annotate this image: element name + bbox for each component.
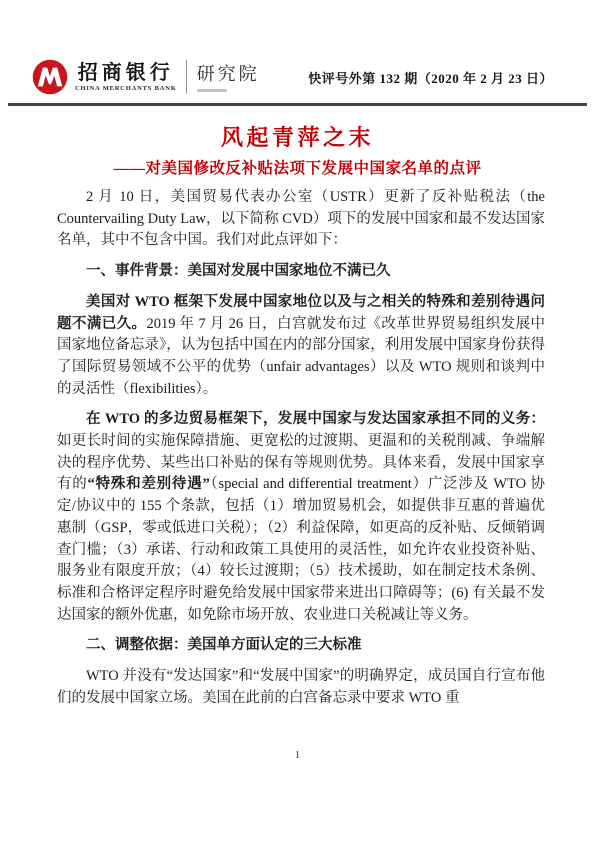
report-title: 风起青萍之末 — [0, 121, 595, 152]
brand-name-cn: 招商银行 — [78, 62, 174, 84]
paragraph-text-bold: “特殊和差别待遇” — [88, 476, 210, 492]
section-heading-2: 二、调整依据：美国单方面认定的三大标准 — [57, 635, 545, 657]
paragraph-text: （special and differential treatment）广泛涉及… — [57, 476, 545, 622]
institute-name: 研究院 — [197, 63, 260, 85]
paragraph-background: 美国对 WTO 框架下发展中国家地位以及与之相关的特殊和差别待遇问题不满已久。2… — [57, 292, 545, 401]
page-number: 1 — [0, 750, 595, 761]
cmb-brand: 招商银行 CHINA MERCHANTS BANK 研究院 — [32, 59, 260, 95]
paragraph-text: WTO 并没有“发达国家”和“发展中国家”的明确界定，成员国自行宣布他们的发展中… — [57, 668, 545, 706]
institute-block: 研究院 — [197, 63, 260, 92]
header-rule — [8, 103, 587, 106]
issue-info: 快评号外第 132 期（2020 年 2 月 23 日） — [308, 68, 563, 87]
paragraph-intro: 2 月 10 日，美国贸易代表办公室（USTR）更新了反补贴税法（the Cou… — [57, 187, 545, 252]
paragraph-criteria: WTO 并没有“发达国家”和“发展中国家”的明确界定，成员国自行宣布他们的发展中… — [57, 666, 545, 709]
section-heading-1: 一、事件背景：美国对发展中国家地位不满已久 — [57, 261, 545, 283]
brand-name-en: CHINA MERCHANTS BANK — [75, 85, 177, 93]
paragraph-text-bold: 在 WTO 的多边贸易框架下，发展中国家与发达国家承担不同的义务： — [86, 411, 545, 427]
report-subtitle: ——对美国修改反补贴法项下发展中国家名单的点评 — [0, 156, 595, 178]
brand-divider — [186, 60, 187, 94]
paragraph-text: 2 月 10 日，美国贸易代表办公室（USTR）更新了反补贴税法（the Cou… — [57, 189, 545, 248]
brand-text: 招商银行 CHINA MERCHANTS BANK — [75, 62, 177, 93]
paragraph-wto-framework: 在 WTO 的多边贸易框架下，发展中国家与发达国家承担不同的义务：如更长时间的实… — [57, 409, 545, 626]
document-page: 招商银行 CHINA MERCHANTS BANK 研究院 快评号外第 132 … — [0, 0, 595, 842]
report-body: 2 月 10 日，美国贸易代表办公室（USTR）更新了反补贴税法（the Cou… — [57, 187, 545, 718]
institute-subtext — [197, 89, 227, 92]
page-header: 招商银行 CHINA MERCHANTS BANK 研究院 快评号外第 132 … — [32, 54, 563, 100]
cmb-logo-icon — [32, 59, 68, 95]
